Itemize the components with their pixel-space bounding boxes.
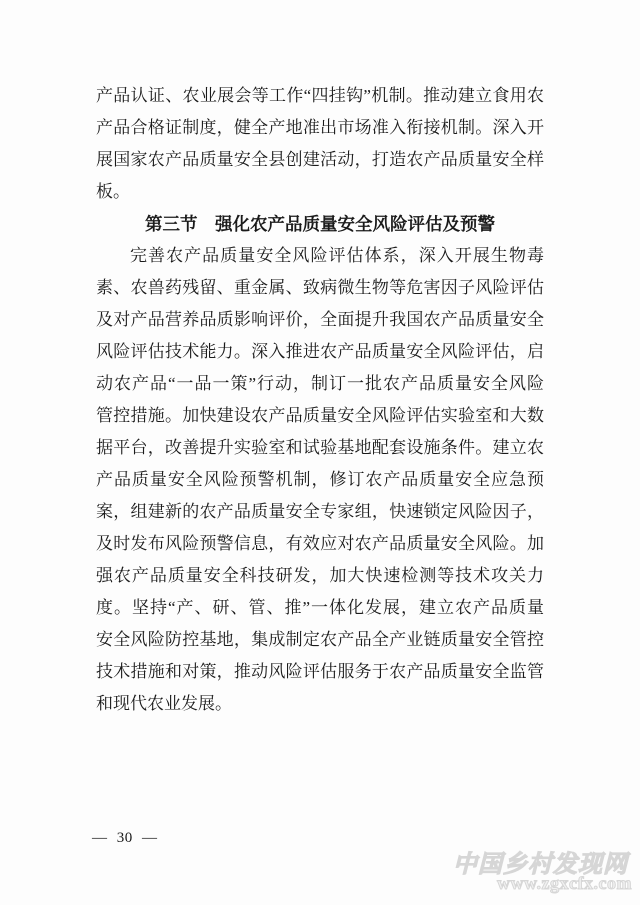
paragraph-2-line: 管控措施。加快建设农产品质量安全风险评估实验室和大数 [96,400,544,432]
paragraph-2-line: 动农产品“一品一策”行动，制订一批农产品质量安全风险 [96,368,544,400]
paragraph-2-line: 案，组建新的农产品质量安全专家组，快速锁定风险因子， [96,496,544,528]
paragraph-2-line: 及对产品营养品质影响评价，全面提升我国农产品质量安全 [96,304,544,336]
paragraph-2-line: 度。坚持“产、研、管、推”一体化发展，建立农产品质量 [96,592,544,624]
paragraph-1-line: 展国家农产品质量安全县创建活动，打造农产品质量安全样 [96,144,544,176]
paragraph-2-line: 和现代农业发展。 [96,688,544,720]
paragraph-2-line: 技术措施和对策，推动风险评估服务于农产品质量安全监管 [96,656,544,688]
document-page: 产品认证、农业展会等工作“四挂钩”机制。推动建立食用农 产品合格证制度，健全产地… [0,0,640,905]
document-body: 产品认证、农业展会等工作“四挂钩”机制。推动建立食用农 产品合格证制度，健全产地… [96,80,544,720]
paragraph-1-line: 板。 [96,176,544,208]
paragraph-1-line: 产品合格证制度，健全产地准出市场准入衔接机制。深入开 [96,112,544,144]
paragraph-2-line: 风险评估技术能力。深入推进农产品质量安全风险评估，启 [96,336,544,368]
paragraph-2-line: 强农产品质量安全科技研发，加大快速检测等技术攻关力 [96,560,544,592]
paragraph-2-line: 安全风险防控基地，集成制定农产品全产业链质量安全管控 [96,624,544,656]
paragraph-2-line: 完善农产品质量安全风险评估体系，深入开展生物毒 [96,240,544,272]
paragraph-2-line: 据平台，改善提升实验室和试验基地配套设施条件。建立农 [96,432,544,464]
page-number: — 30 — [92,830,158,847]
paragraph-2-line: 及时发布风险预警信息，有效应对农产品质量安全风险。加 [96,528,544,560]
watermark-site-url: www.zgxcfx.com [497,873,632,894]
paragraph-2-line: 产品质量安全风险预警机制，修订农产品质量安全应急预 [96,464,544,496]
paragraph-2-line: 素、农兽药残留、重金属、致病微生物等危害因子风险评估 [96,272,544,304]
section-heading: 第三节 强化农产品质量安全风险评估及预警 [96,208,544,240]
paragraph-1-line: 产品认证、农业展会等工作“四挂钩”机制。推动建立食用农 [96,80,544,112]
